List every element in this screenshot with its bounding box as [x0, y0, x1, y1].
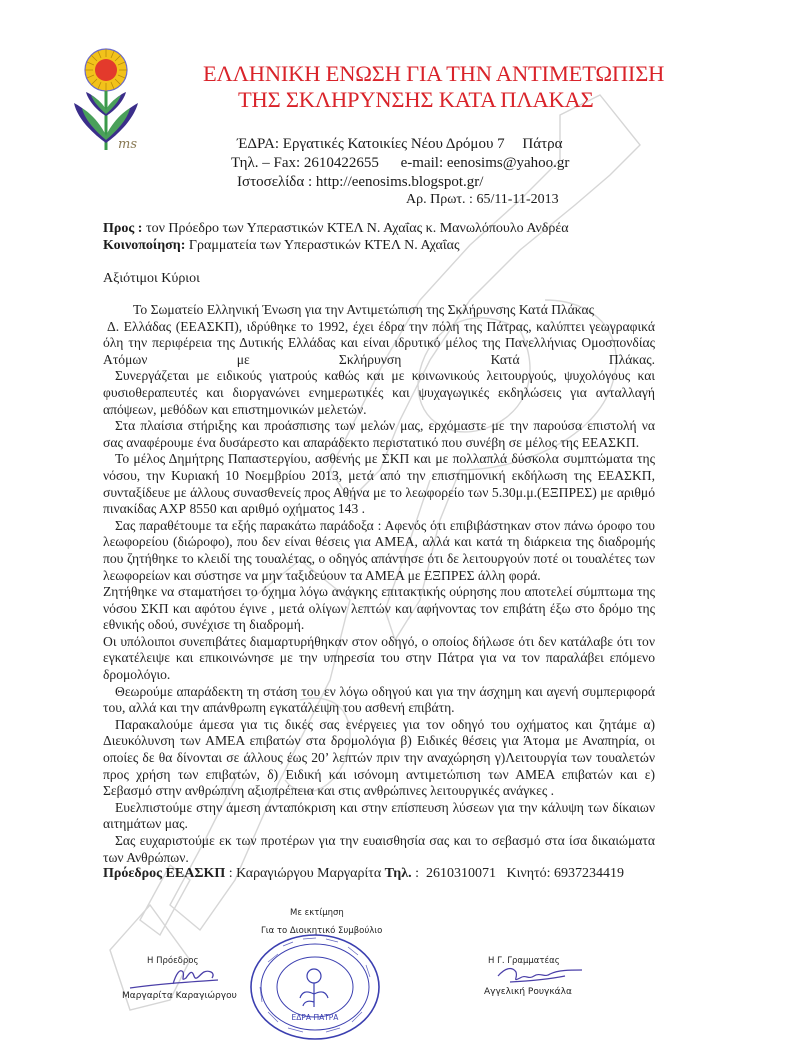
- body-paragraph-10: Ευελπιστούμε στην άμεση ανταπόκριση και …: [103, 800, 655, 833]
- phone-label: Τηλ. – Fax:: [231, 155, 300, 171]
- president-name: Μαργαρίτα Καραγιώργου: [122, 991, 237, 1001]
- body-paragraph-1-line1: Το Σωματείο Ελληνική Ένωση για την Αντιμ…: [103, 302, 655, 319]
- website-link[interactable]: http://eenosims.blogspot.gr/: [316, 174, 484, 190]
- to-value: τον Πρόεδρο των Υπεραστικών ΚΤΕΛ Ν. Αχαΐ…: [146, 221, 569, 236]
- recipient-to: Προς : τον Πρόεδρο των Υπεραστικών ΚΤΕΛ …: [103, 220, 569, 237]
- cc-label: Κοινοποίηση:: [103, 238, 185, 253]
- organization-title-line1: ΕΛΛΗΝΙΚΗ ΕΝΩΣΗ ΓΙΑ ΤΗΝ ΑΝΤΙΜΕΤΩΠΙΣΗ: [203, 61, 664, 87]
- svg-text:ΕΔΡΑ ΠΑΤΡΑ: ΕΔΡΑ ΠΑΤΡΑ: [292, 1013, 340, 1022]
- contact-line: Τηλ. – Fax: 2610422655 e-mail: eenosims@…: [231, 154, 569, 173]
- letter-body: Το Σωματείο Ελληνική Ένωση για την Αντιμ…: [103, 302, 655, 883]
- seat-label: ΈΔΡΑ:: [237, 136, 279, 152]
- protocol-number: Αρ. Πρωτ. : 65/11-11-2013: [406, 190, 559, 209]
- website-label: Ιστοσελίδα :: [237, 174, 312, 190]
- svg-text:ms: ms: [118, 137, 137, 152]
- body-paragraph-9: Παρακαλούμε άμεσα για τις δικές σας ενέρ…: [103, 717, 655, 800]
- body-paragraph-2: Συνεργάζεται με ειδικούς γιατρούς καθώς …: [103, 368, 655, 418]
- president-signature-icon: [128, 962, 228, 992]
- protocol-label: Αρ. Πρωτ. :: [406, 192, 473, 207]
- president-contact: Πρόεδρος ΕΕΑΣΚΠ : Καραγιώργου Μαργαρίτα …: [103, 866, 655, 883]
- body-paragraph-11: Σας ευχαριστούμε εκ των προτέρων για την…: [103, 833, 655, 866]
- body-paragraph-3: Στα πλαίσια στήριξης και προάσπισης των …: [103, 418, 655, 451]
- body-paragraph-5: Σας παραθέτουμε τα εξής παρακάτω παράδοξ…: [103, 518, 655, 584]
- contact-name: Καραγιώργου Μαργαρίτα: [236, 866, 381, 881]
- seat-address: ΈΔΡΑ: Εργατικές Κατοικίες Νέου Δρόμου 7 …: [237, 135, 562, 154]
- recipient-cc: Κοινοποίηση: Γραμματεία των Υπεραστικών …: [103, 237, 460, 254]
- seat-value: Εργατικές Κατοικίες Νέου Δρόμου 7: [283, 136, 505, 152]
- contact-phone-label: Τηλ.: [385, 866, 412, 881]
- protocol-value: 65/11-11-2013: [476, 192, 558, 207]
- body-paragraph-7: Οι υπόλοιποι συνεπιβάτες διαμαρτυρήθηκαν…: [103, 634, 655, 684]
- contact-phone-value: : 2610310071 Κινητό: 6937234419: [412, 866, 624, 881]
- phone-value: 2610422655: [304, 155, 379, 171]
- salutation: Αξιότιμοι Κύριοι: [103, 270, 200, 287]
- closing-regards: Με εκτίμηση: [290, 908, 344, 918]
- seat-city: Πάτρα: [522, 136, 562, 152]
- flower-logo-icon: ms: [62, 48, 162, 158]
- body-paragraph-4: Το μέλος Δημήτρης Παπαστεργίου, ασθενής …: [103, 451, 655, 517]
- body-paragraph-6: Ζητήθηκε να σταματήσει το όχημα λόγω ανά…: [103, 584, 655, 634]
- to-label: Προς :: [103, 221, 142, 236]
- email-label: e-mail:: [401, 155, 443, 171]
- secretary-name: Αγγελική Ρουγκάλα: [484, 987, 572, 997]
- body-paragraph-1: Δ. Ελλάδας (ΕΕΑΣΚΠ), ιδρύθηκε το 1992, έ…: [103, 319, 655, 369]
- cc-value: Γραμματεία των Υπεραστικών ΚΤΕΛ Ν. Αχαΐα…: [189, 238, 460, 253]
- contact-label: Πρόεδρος ΕΕΑΣΚΠ: [103, 866, 225, 881]
- organization-title-line2: ΤΗΣ ΣΚΛΗΡΥΝΣΗΣ ΚΑΤΑ ΠΛΑΚΑΣ: [238, 87, 594, 113]
- body-paragraph-8: Θεωρούμε απαράδεκτη τη στάση του εν λόγω…: [103, 684, 655, 717]
- official-stamp-icon: ΕΔΡΑ ΠΑΤΡΑ: [248, 932, 383, 1042]
- contact-separator: :: [225, 866, 236, 881]
- secretary-signature-icon: [490, 962, 590, 988]
- email-link[interactable]: eenosims@yahoo.gr: [447, 155, 570, 171]
